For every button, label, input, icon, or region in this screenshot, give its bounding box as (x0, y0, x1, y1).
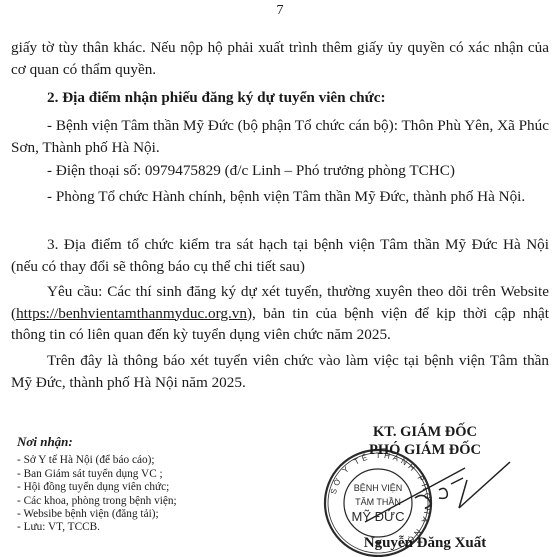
signer-name: Nguyễn Đăng Xuất (330, 535, 520, 552)
paragraph-closing: Trên đây là thông báo xét tuyển viên chứ… (11, 350, 549, 393)
paragraph-address: - Bệnh viện Tâm thần Mỹ Đức (bộ phận Tổ … (11, 115, 549, 158)
recipient-item: - Lưu: VT, TCCB. (17, 521, 177, 534)
paragraph-documents: giấy tờ tùy thân khác. Nếu nộp hộ phải x… (11, 37, 549, 80)
recipient-item: - Các khoa, phòng trong bệnh viện; (17, 495, 177, 508)
paragraph-phone: - Điện thoại số: 0979475829 (đ/c Linh – … (11, 160, 549, 182)
recipient-item: - Hội đồng tuyển dụng viên chức; (17, 481, 177, 494)
section-heading-2: 2. Địa điểm nhận phiếu đăng ký dự tuyển … (11, 87, 549, 109)
recipients-block: Nơi nhận: - Sở Y tế Hà Nội (để báo cáo);… (17, 435, 177, 535)
page-number: 7 (0, 3, 560, 19)
signer-title-1: KT. GIÁM ĐỐC (330, 424, 520, 441)
recipient-item: - Sở Y tế Hà Nội (để báo cáo); (17, 454, 177, 467)
recipients-title: Nơi nhận: (17, 435, 177, 448)
recipient-item: - Websibe bệnh viện (đăng tải); (17, 508, 177, 521)
paragraph-request: Yêu cầu: Các thí sinh đăng ký dự xét tuy… (11, 281, 549, 346)
recipient-item: - Ban Giám sát tuyển dụng VC ; (17, 468, 177, 481)
section-heading-3: 3. Địa điểm tổ chức kiểm tra sát hạch tạ… (11, 234, 549, 277)
paragraph-department: - Phòng Tổ chức Hành chính, bệnh viện Tâ… (11, 186, 549, 208)
website-link[interactable]: https://benhvientamthanmyduc.org.vn (16, 305, 247, 322)
handwritten-signature-icon (355, 450, 515, 540)
